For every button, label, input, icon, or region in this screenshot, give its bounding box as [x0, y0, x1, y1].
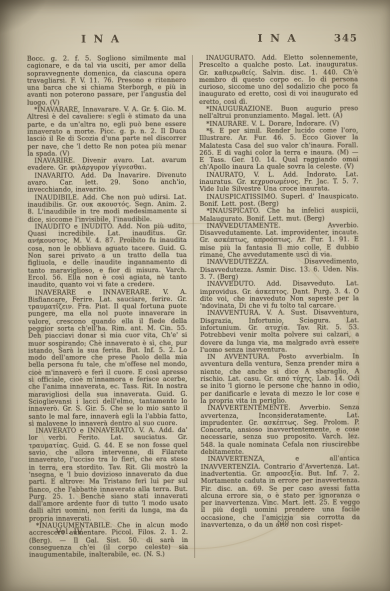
- dictionary-entry: INAUGURATO. Add. Eletto solennemente, Pr…: [199, 54, 358, 106]
- dictionary-entry: INAVERARE e INNAVERARE. V. A. Bisfiancar…: [28, 289, 188, 428]
- dictionary-entry: INAUSPICATISSIMO. Superl. d' Inauspicato…: [200, 193, 359, 208]
- running-title-right: I N A: [221, 32, 334, 44]
- volume-label: Vol. IV.: [56, 527, 84, 536]
- dictionary-entry: INAUDITO e INUDITO. Add. Non più udito, …: [28, 223, 187, 289]
- page-corner-shadow: [0, 0, 52, 37]
- dictionary-entry: IN AVVENTURA. Posto avverbialm. In avven…: [200, 353, 359, 405]
- page-number: 345: [334, 33, 358, 44]
- entry-continuation: Bocc. g. 2. f. 5. Sogliono similmente ma…: [27, 55, 186, 107]
- dictionary-entry: INAVVEDUTAMENTE. Avverbio. Disavvedutame…: [200, 222, 359, 259]
- dictionary-entry: *INAVARARE, Innavarare. V. A. Gr. §. Gio…: [27, 106, 186, 158]
- dictionary-entry: *§. E per simil. Render lucido come l'or…: [199, 127, 358, 171]
- dictionary-entry: INAVVERTENTEMENTE. Avverbio. Senza avver…: [200, 405, 359, 457]
- dictionary-entry: *INAUGUMENTABILE. Che in alcun modo accr…: [29, 522, 188, 559]
- dictionary-entry: INAVVENTURA. V. A. Sust. Disavventura, D…: [200, 310, 359, 354]
- dictionary-entry: INAUDIBILE. Add. Che non può udirsi. Lat…: [28, 194, 187, 224]
- right-column: INAUGURATO. Add. Eletto solennemente, Pr…: [192, 54, 360, 558]
- signature-mark: *29: [277, 519, 289, 527]
- two-column-text: Bocc. g. 2. f. 5. Sogliono similmente ma…: [27, 54, 360, 559]
- dictionary-entry: INAURATO, V. L. Add. Indorato. Lat. inau…: [199, 171, 358, 194]
- dictionary-entry: INAVERATO e INNAVERATO. V. A. Add. da' l…: [29, 427, 188, 523]
- dictionary-entry: *INAUSPICATO. Che ha infelici auspicii, …: [200, 208, 359, 223]
- dictionary-entry: INAVVEDUTO. Add. Disavveduto. Lat. impro…: [200, 280, 359, 310]
- left-column: Bocc. g. 2. f. 5. Sogliono similmente ma…: [27, 55, 188, 559]
- text-block: I N A I N A 345 Bocc. g. 2. f. 5. Soglio…: [27, 32, 360, 559]
- dictionary-entry: *INAUGURAZIONE. Buon augurio preso nell'…: [199, 105, 358, 120]
- running-title-left: I N A: [27, 33, 175, 46]
- dictionary-entry: INAVVEDUTEZZA. Disavvedimento, Disavvedu…: [200, 259, 359, 282]
- scanned-book-page: I N A I N A 345 Bocc. g. 2. f. 5. Soglio…: [0, 0, 390, 591]
- running-head: I N A I N A 345: [27, 32, 358, 49]
- paper-stain: [120, 8, 210, 34]
- dictionary-entry: INAVARITO. Add. Da Inavarire. Divenuto a…: [27, 172, 186, 195]
- dictionary-entry: INAVARIRE. Divenir avaro. Lat. avarum ev…: [27, 157, 186, 172]
